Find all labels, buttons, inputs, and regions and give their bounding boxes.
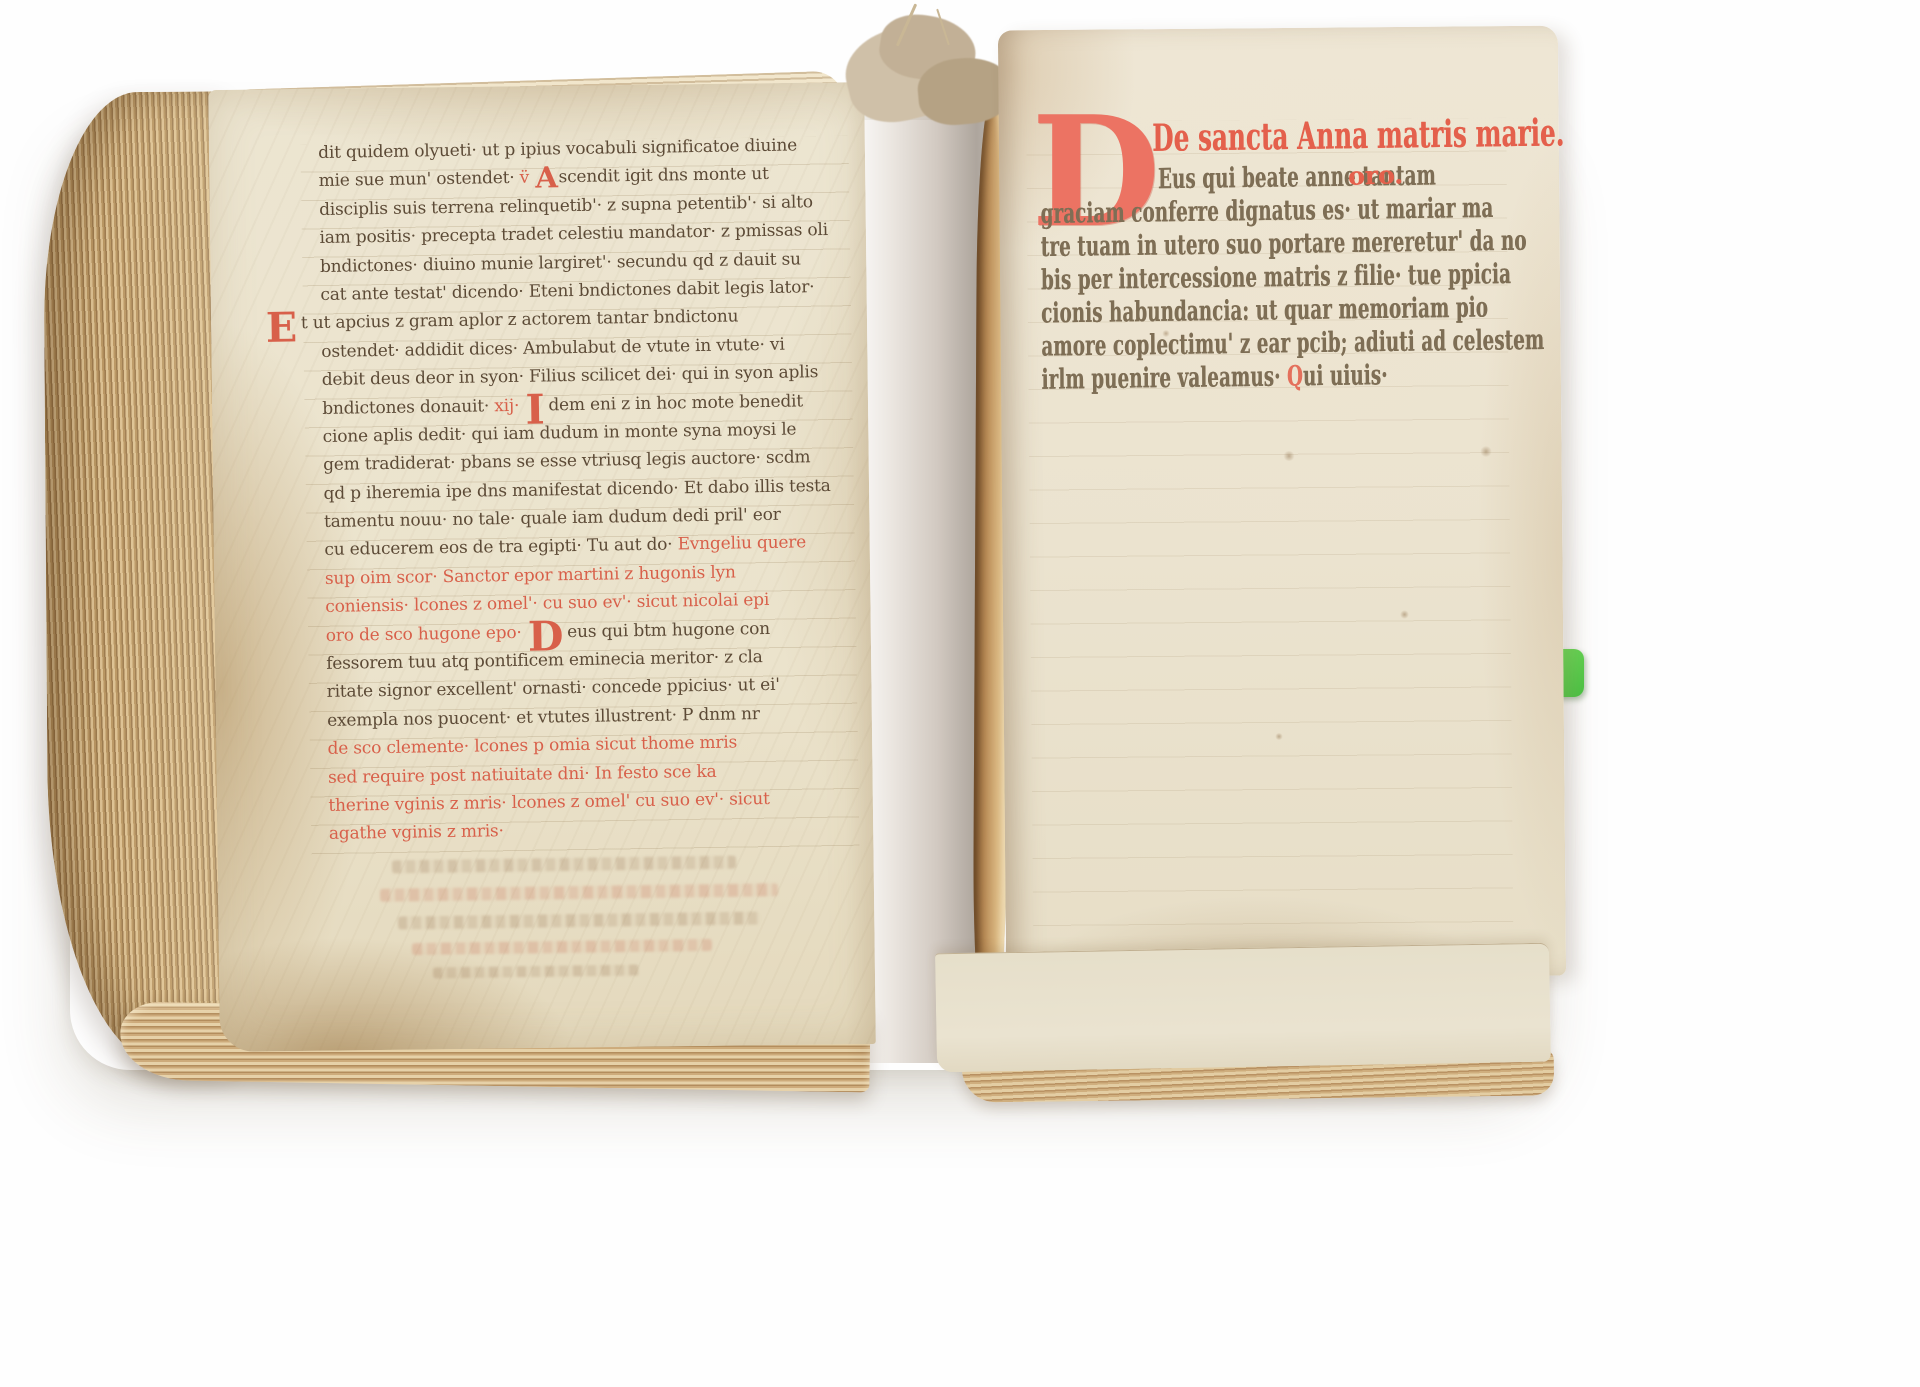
text-segment: dem eni z in hoc mote benedit <box>548 391 803 415</box>
text-segment: mie sue mun' ostendet· <box>319 168 520 191</box>
text-segment: graciam conferre dignatus es· ut mariar … <box>1040 192 1493 230</box>
text-segment: sed require post natiuitate dni· In fest… <box>328 761 717 787</box>
text-segment: amore coplectimu' z ear pcib; adiuti ad … <box>1041 324 1544 363</box>
text-segment: tre tuam in utero suo portare mereretur'… <box>1041 225 1527 264</box>
text-segment: ostendet· addidit dices· Ambulabut de vt… <box>321 334 785 361</box>
text-segment: oro de sco hugone epo· <box>326 622 527 645</box>
text-segment: disciplis suis terrena relinquetib'· z s… <box>319 192 813 220</box>
text-segment: agathe vginis z mris· <box>329 822 504 845</box>
parchment-stain-spot <box>1283 451 1295 461</box>
left-page-text-block: dit quidem olyueti· ut p ipius vocabuli … <box>318 131 853 849</box>
text-segment: scendit igit dns monte ut <box>558 164 768 187</box>
text-segment: ritate signor excellent' ornasti· conced… <box>327 675 780 702</box>
text-segment: cu educerem eos de tra egipti· Tu aut do… <box>324 535 677 561</box>
text-segment: gem tradiderat· pbans se esse vtriusq le… <box>323 448 811 476</box>
parchment-stain-spot <box>1275 733 1283 740</box>
parchment-stain-spot <box>1400 610 1409 619</box>
rubric-margin-note-oro: oro. <box>1348 160 1404 190</box>
manuscript-text-line: irlm puenire valeamus· Qui uiuis· <box>1041 359 1444 398</box>
text-segment: bndictones· diuino munie largiret'· secu… <box>320 249 801 277</box>
text-segment: fessorem tuu atq pontificem eminecia mer… <box>326 647 763 674</box>
rubric-title: De sancta Anna matris marie. <box>1040 111 1443 166</box>
text-segment: eus qui btm hugone con <box>567 619 770 642</box>
manuscript-text-line: graciam conferre dignatus es· ut mariar … <box>1040 193 1443 232</box>
text-segment: therine vginis z mris· lcones z omel' cu… <box>328 789 770 816</box>
rubric-initial: D <box>528 636 563 637</box>
manuscript-text-line: bis per intercessione matris z filie· tu… <box>1041 259 1444 298</box>
manuscript-photo: dit quidem olyueti· ut p ipius vocabuli … <box>0 0 1920 1387</box>
text-segment: Evngeliu quere <box>677 533 806 555</box>
text-segment: sup oim scor· Sanctor epor martini z hug… <box>325 562 736 588</box>
text-segment: irlm puenire valeamus· <box>1041 361 1287 396</box>
text-segment: Q <box>1287 361 1303 393</box>
prayer-text: Eus qui beate anne tantamgraciam conferr… <box>1040 160 1444 398</box>
text-segment: bis per intercessione matris z filie· tu… <box>1041 258 1511 296</box>
text-segment: dit quidem olyueti· ut p ipius vocabuli … <box>318 135 797 163</box>
right-page-text-block: De sancta Anna matris marie. Eus qui bea… <box>1040 111 1444 398</box>
text-segment: exempla nos puocent· et vtutes illustren… <box>327 704 760 731</box>
text-segment: cat ante testat' dicendo· Eteni bndicton… <box>320 277 814 305</box>
manuscript-text-line: tre tuam in utero suo portare mereretur'… <box>1041 226 1444 265</box>
underlying-page-corner <box>935 943 1551 1073</box>
manuscript-text-line: amore coplectimu' z ear pcib; adiuti ad … <box>1041 326 1444 365</box>
text-segment: ui uiuis· <box>1303 360 1388 393</box>
text-segment: debit deus deor in syon· Filius scilicet… <box>322 362 819 390</box>
text-segment: iam positis· precepta tradet celestiu ma… <box>319 220 828 248</box>
text-segment: tamentu nouu· no tale· quale iam dudum d… <box>324 505 781 532</box>
text-segment: v̈ <box>520 168 535 188</box>
text-segment: bndictones donauit· <box>322 396 494 419</box>
text-segment: t ut apcius z gram aplor z actorem tanta… <box>301 307 739 334</box>
text-segment: cionis habundancia: ut quar memoriam pio <box>1041 292 1488 330</box>
manuscript-text-line: cionis habundancia: ut quar memoriam pio <box>1041 293 1444 332</box>
text-segment: de sco clemente· lcones p omia sicut tho… <box>327 733 737 759</box>
text-segment: qd p iheremia ipe dns manifestat dicendo… <box>323 476 830 504</box>
text-segment: xij· <box>494 395 524 415</box>
parchment-stain-spot <box>1480 446 1492 457</box>
text-segment: cione aplis dedit· qui iam dudum in mont… <box>323 419 797 446</box>
